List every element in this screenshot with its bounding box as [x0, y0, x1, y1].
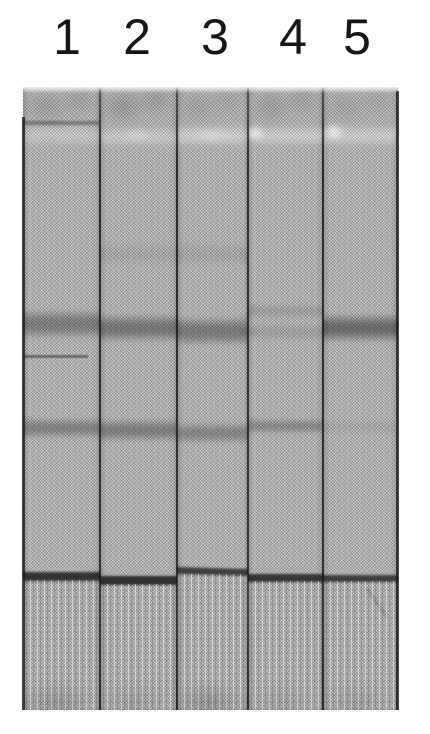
membrane-streaks — [100, 147, 177, 567]
top-fade — [100, 87, 177, 93]
bottom-blotch — [248, 676, 323, 710]
top-fade — [177, 87, 248, 93]
band — [100, 242, 177, 266]
glare — [183, 125, 241, 145]
glare — [118, 127, 158, 143]
band — [248, 303, 323, 319]
membrane-streaks — [177, 147, 248, 567]
band — [177, 242, 248, 266]
band — [100, 313, 177, 343]
membrane-streaks — [323, 147, 398, 567]
thin-line — [23, 355, 88, 358]
band — [100, 418, 177, 442]
band — [177, 422, 248, 444]
top-fade — [248, 87, 323, 93]
test-strip-lane-4 — [248, 87, 323, 710]
assembly-left-edge — [22, 117, 25, 710]
divider — [247, 87, 250, 710]
step-line — [23, 121, 100, 125]
glare — [248, 123, 268, 143]
glare — [323, 121, 347, 143]
top-blotch — [177, 87, 248, 127]
strip-assembly — [23, 87, 398, 710]
top-fade — [323, 87, 398, 93]
band — [23, 417, 100, 439]
test-strip-lane-2 — [100, 87, 177, 710]
band — [248, 418, 323, 434]
test-strip-figure: 1 2 3 4 5 — [0, 0, 430, 734]
bottom-blotch — [177, 676, 248, 710]
band — [177, 316, 248, 346]
divider — [99, 87, 102, 710]
band — [248, 323, 323, 341]
lane-label-4: 4 — [279, 12, 307, 62]
test-strip-lane-5 — [323, 87, 398, 710]
light-stripe — [23, 124, 100, 148]
bottom-blotch — [100, 676, 177, 710]
divider — [176, 87, 179, 710]
bottom-blotch — [23, 676, 100, 710]
band — [323, 420, 398, 434]
assembly-right-edge — [396, 91, 399, 710]
top-blotch — [248, 87, 323, 127]
lane-label-3: 3 — [201, 12, 229, 62]
top-blotch — [100, 87, 177, 127]
membrane-streaks — [248, 147, 323, 567]
band — [323, 313, 398, 343]
bottom-blotch — [323, 676, 398, 710]
divider — [322, 87, 325, 710]
lane-label-5: 5 — [343, 12, 371, 62]
lane-label-1: 1 — [53, 12, 81, 62]
test-strip-lane-3 — [177, 87, 248, 710]
test-strip-lane-1 — [23, 87, 100, 710]
lane-label-2: 2 — [123, 12, 151, 62]
band — [23, 309, 100, 339]
top-fade — [23, 87, 100, 93]
